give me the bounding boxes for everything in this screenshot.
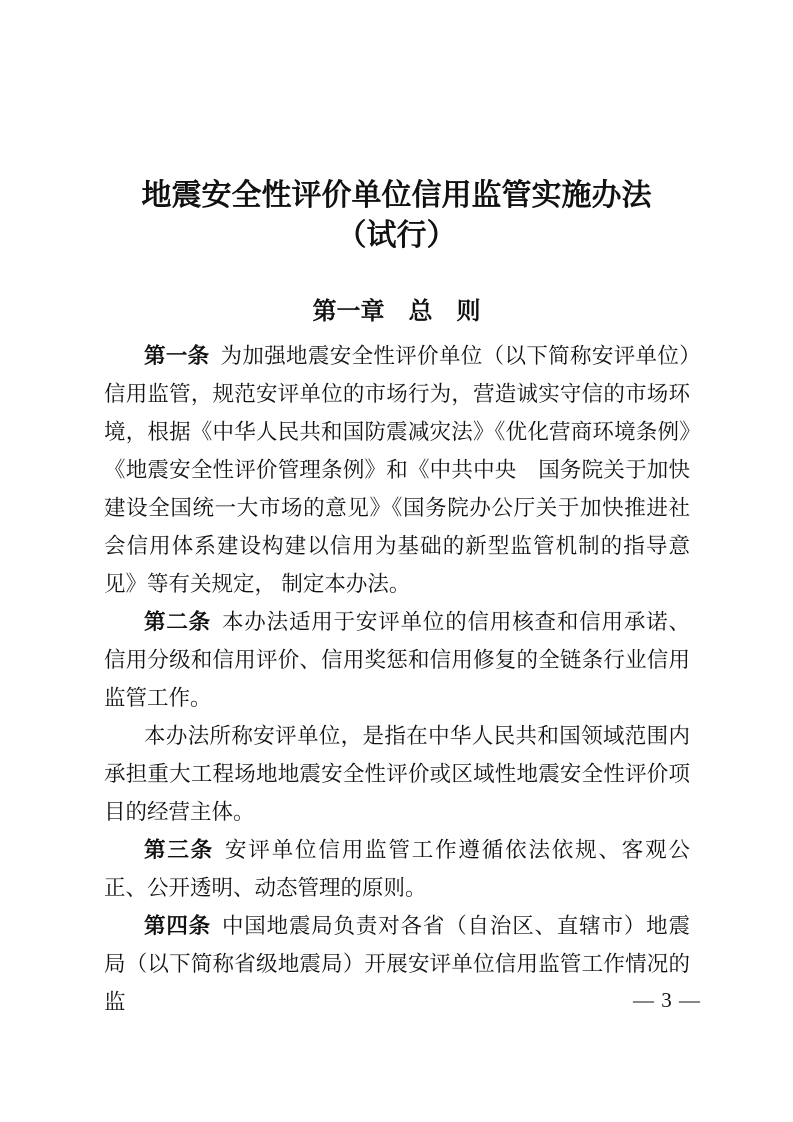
document-body: 第一条为加强地震安全性评价单位（以下简称安评单位）信用监管，规范安评单位的市场行… [104,337,690,1021]
document-page: 地震安全性评价单位信用监管实施办法 （试行） 第一章 总 则 第一条为加强地震安… [0,0,793,1122]
article-3-number: 第三条 [144,838,214,862]
article-1-text: 为加强地震安全性评价单位（以下简称安评单位）信用监管，规范安评单位的市场行为，营… [104,344,690,596]
document-title: 地震安全性评价单位信用监管实施办法 （试行） [0,176,793,256]
paragraph-article-2: 第二条本办法适用于安评单位的信用核查和信用承诺、信用分级和信用评价、信用奖惩和信… [104,603,690,717]
paragraph-article-2-continued: 本办法所称安评单位，是指在中华人民共和国领域范围内承担重大工程场地地震安全性评价… [104,717,690,831]
article-4-number: 第四条 [144,914,211,938]
paragraph-article-1: 第一条为加强地震安全性评价单位（以下简称安评单位）信用监管，规范安评单位的市场行… [104,337,690,603]
article-2-number: 第二条 [144,610,211,634]
article-1-number: 第一条 [144,344,210,368]
paragraph-article-3: 第三条安评单位信用监管工作遵循依法依规、客观公正、公开透明、动态管理的原则。 [104,831,690,907]
paragraph-article-4: 第四条中国地震局负责对各省（自治区、直辖市）地震局（以下简称省级地震局）开展安评… [104,907,690,1021]
page-number: — 3 — [633,989,701,1011]
article-2-definition-text: 本办法所称安评单位，是指在中华人民共和国领域范围内承担重大工程场地地震安全性评价… [104,724,690,824]
chapter-heading: 第一章 总 则 [0,297,793,327]
document-title-line1: 地震安全性评价单位信用监管实施办法 [0,176,793,216]
document-title-line2: （试行） [0,216,793,256]
